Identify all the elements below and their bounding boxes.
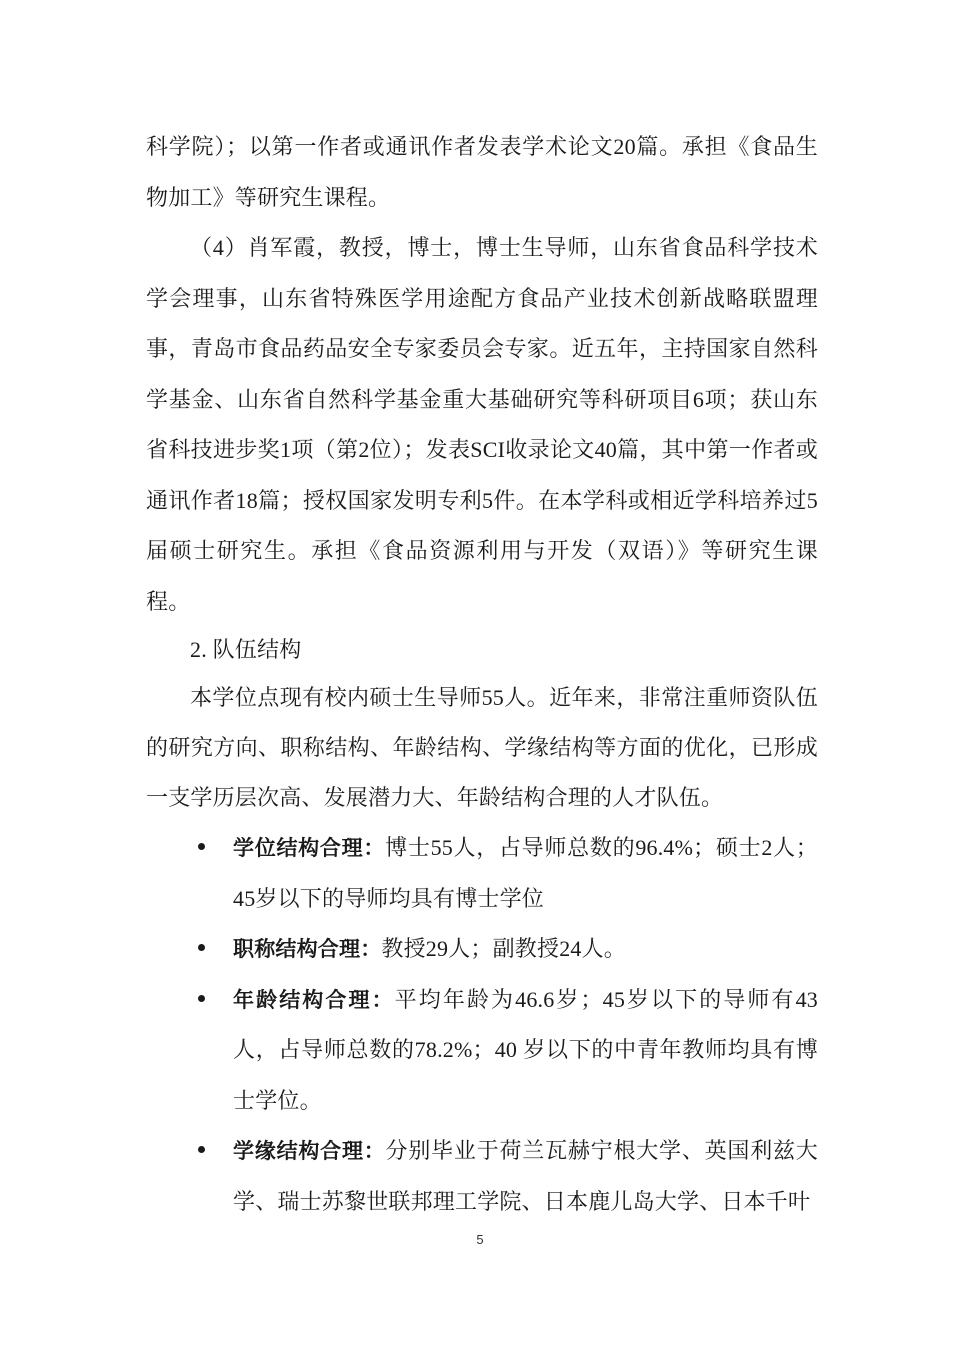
bullet-label: 学位结构合理： <box>233 836 385 860</box>
bullet-age-structure: 年龄结构合理：平均年龄为46.6岁；45岁以下的导师有43人，占导师总数的78.… <box>146 975 818 1127</box>
bullet-label: 年龄结构合理： <box>233 988 395 1012</box>
bullet-icon <box>198 1146 205 1153</box>
page-number: 5 <box>0 1232 960 1247</box>
bullet-text: 教授29人；副教授24人。 <box>381 936 626 961</box>
paragraph-continued: 科学院）；以第一作者或通讯作者发表学术论文20篇。承担《食品生物加工》等研究生课… <box>146 122 818 223</box>
page-body: 科学院）；以第一作者或通讯作者发表学术论文20篇。承担《食品生物加工》等研究生课… <box>146 122 818 1227</box>
bullet-label: 学缘结构合理： <box>233 1139 386 1163</box>
bullet-academic-origin-structure: 学缘结构合理：分别毕业于荷兰瓦赫宁根大学、英国利兹大学、瑞士苏黎世联邦理工学院、… <box>146 1126 818 1227</box>
bullet-icon <box>198 944 205 951</box>
paragraph-section-intro: 本学位点现有校内硕士生导师55人。近年来，非常注重师资队伍的研究方向、职称结构、… <box>146 673 818 823</box>
bullet-title-structure: 职称结构合理：教授29人；副教授24人。 <box>146 924 818 975</box>
bullet-label: 职称结构合理： <box>233 937 381 961</box>
bullet-icon <box>198 995 205 1002</box>
bullet-icon <box>198 843 205 850</box>
document-page: 科学院）；以第一作者或通讯作者发表学术论文20篇。承担《食品生物加工》等研究生课… <box>0 0 960 1357</box>
structure-bullet-list: 学位结构合理：博士55人，占导师总数的96.4%；硕士2人；45岁以下的导师均具… <box>146 823 818 1227</box>
paragraph-member-4: （4）肖军霞，教授，博士，博士生导师，山东省食品科学技术学会理事，山东省特殊医学… <box>146 223 818 627</box>
section-heading-team-structure: 2. 队伍结构 <box>146 627 818 673</box>
bullet-degree-structure: 学位结构合理：博士55人，占导师总数的96.4%；硕士2人；45岁以下的导师均具… <box>146 823 818 924</box>
